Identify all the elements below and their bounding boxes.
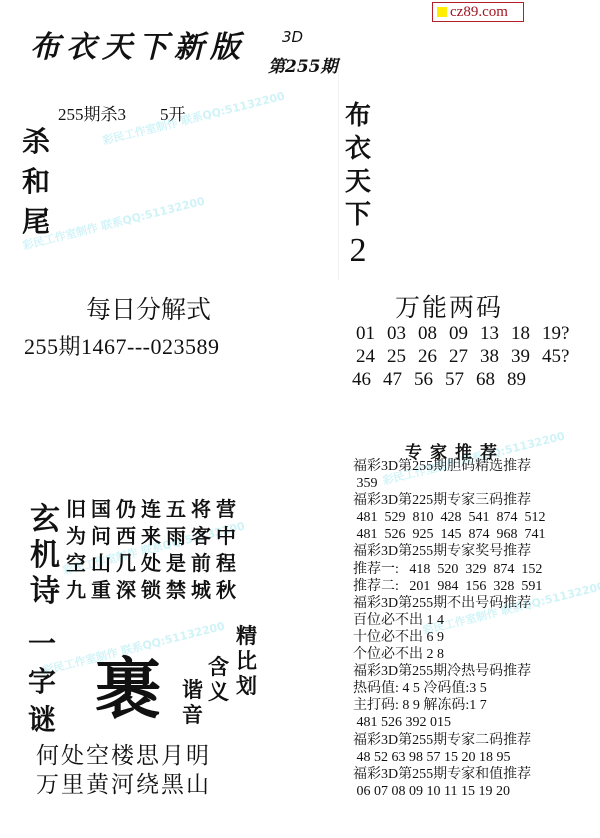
logo-square-icon [437, 7, 447, 17]
wanneng-cell: 68 [476, 368, 507, 391]
expert-line: 福彩3D第255期专家和值推荐 [353, 766, 546, 783]
wanneng-cell: 45? [542, 345, 573, 368]
expert-line: 06 07 08 09 10 11 15 19 20 [353, 783, 546, 800]
wanneng-row: 24 25 26 27 38 39 45? [356, 345, 573, 368]
page-title: 布衣天下新版 [30, 22, 246, 66]
wanneng-cell: 27 [449, 345, 480, 368]
wanneng-cell: 03 [387, 322, 418, 345]
wanneng-cell: 47 [383, 368, 414, 391]
verse-line: 万里黄河绕黑山 [36, 771, 211, 800]
verse-line: 何处空楼思月明 [36, 742, 211, 771]
side-buyi-char: 天 [345, 166, 371, 199]
wanneng-cell: 18 [511, 322, 542, 345]
wanneng-title: 万能两码 [395, 288, 503, 324]
expert-line: 359 [353, 475, 546, 492]
verse-block: 何处空楼思月明 万里黄河绕黑山 [36, 742, 211, 800]
wanneng-cell: 39 [511, 345, 542, 368]
side-buyi-number: 2 [350, 232, 367, 270]
poem-lines: 旧国仍连五将营 为问西来雨客中 空山几处是前程 九重深锁禁城秋 [66, 496, 241, 604]
poem-line: 旧国仍连五将营 [66, 496, 241, 523]
expert-line: 481 526 392 015 [353, 714, 546, 731]
wanneng-cell: 09 [449, 322, 480, 345]
expert-line: 福彩3D第255期专家奖号推荐 [353, 543, 546, 560]
wanneng-row: 46 47 56 57 68 89 [352, 368, 573, 391]
expert-line: 主打码: 8 9 解冻码:1 7 [353, 697, 546, 714]
poem-line: 空山几处是前程 [66, 550, 241, 577]
expert-line: 48 52 63 98 57 15 20 18 95 [353, 749, 546, 766]
wanneng-cell: 24 [356, 345, 387, 368]
wanneng-cell: 57 [445, 368, 476, 391]
wanneng-cell: 38 [480, 345, 511, 368]
wanneng-cell: 01 [356, 322, 387, 345]
logo-text: cz89.com [450, 4, 508, 21]
wanneng-cell: 46 [352, 368, 383, 391]
riddle-character: 裹 [95, 636, 161, 731]
riddle-hint: 划 [236, 670, 257, 700]
riddle-side-char: 字 [28, 663, 56, 701]
poem-side-label: 玄 机 诗 [30, 502, 60, 610]
riddle-hint: 义 [208, 676, 229, 706]
riddle-side-label: 一 字 谜 [28, 625, 56, 739]
side-buyi-char: 衣 [345, 133, 371, 166]
poem-side-char: 机 [30, 538, 60, 574]
riddle-hint: 音 [182, 699, 203, 729]
riddle-side-char: 一 [28, 625, 56, 663]
wanneng-cell: 89 [507, 368, 538, 391]
wanneng-cell: 08 [418, 322, 449, 345]
issue-label: 第255期 [268, 52, 338, 77]
side-kill-char: 和 [22, 162, 50, 202]
expert-line: 热码值: 4 5 冷码值:3 5 [353, 680, 546, 697]
kill-line: 255期杀35开 [58, 100, 186, 125]
lottery-label: 3D [282, 28, 303, 46]
side-kill-char: 尾 [22, 202, 50, 242]
expert-list: 福彩3D第255期胆码精选推荐 359 福彩3D第225期专家三码推荐 481 … [353, 458, 546, 800]
wanneng-cell: 26 [418, 345, 449, 368]
wanneng-cell: 56 [414, 368, 445, 391]
expert-line: 481 526 925 145 874 968 741 [353, 526, 546, 543]
expert-line: 福彩3D第255期不出号码推荐 [353, 595, 546, 612]
poem-line: 为问西来雨客中 [66, 523, 241, 550]
expert-line: 十位必不出 6 9 [353, 629, 546, 646]
wanneng-row: 01 03 08 09 13 18 19? [356, 322, 573, 345]
column-divider [338, 60, 339, 280]
expert-line: 福彩3D第225期专家三码推荐 [353, 492, 546, 509]
poem-side-char: 玄 [30, 502, 60, 538]
expert-line: 个位必不出 2 8 [353, 646, 546, 663]
daily-title: 每日分解式 [86, 290, 211, 326]
expert-line: 福彩3D第255期专家二码推荐 [353, 732, 546, 749]
site-logo[interactable]: cz89.com [432, 2, 524, 22]
kill-line-right: 5开 [160, 105, 186, 124]
expert-line: 推荐一: 418 520 329 874 152 [353, 561, 546, 578]
expert-line: 百位必不出 1 4 [353, 612, 546, 629]
expert-line: 福彩3D第255期胆码精选推荐 [353, 458, 546, 475]
side-buyi-label: 布 衣 天 下 2 [345, 100, 371, 270]
side-buyi-char: 布 [345, 100, 371, 133]
wanneng-cell: 19? [542, 322, 573, 345]
poem-line: 九重深锁禁城秋 [66, 577, 241, 604]
wanneng-grid: 01 03 08 09 13 18 19? 24 25 26 27 38 39 … [356, 322, 573, 391]
kill-line-left: 255期杀3 [58, 105, 126, 124]
poem-side-char: 诗 [30, 574, 60, 610]
riddle-side-char: 谜 [28, 701, 56, 739]
side-buyi-char: 下 [345, 199, 371, 232]
expert-line: 福彩3D第255期冷热号码推荐 [353, 663, 546, 680]
expert-line: 推荐二: 201 984 156 328 591 [353, 578, 546, 595]
daily-value: 255期1467---023589 [24, 330, 219, 361]
expert-line: 481 529 810 428 541 874 512 [353, 509, 546, 526]
side-kill-char: 杀 [22, 122, 50, 162]
wanneng-cell: 13 [480, 322, 511, 345]
side-kill-label: 杀 和 尾 [22, 122, 50, 242]
wanneng-cell: 25 [387, 345, 418, 368]
